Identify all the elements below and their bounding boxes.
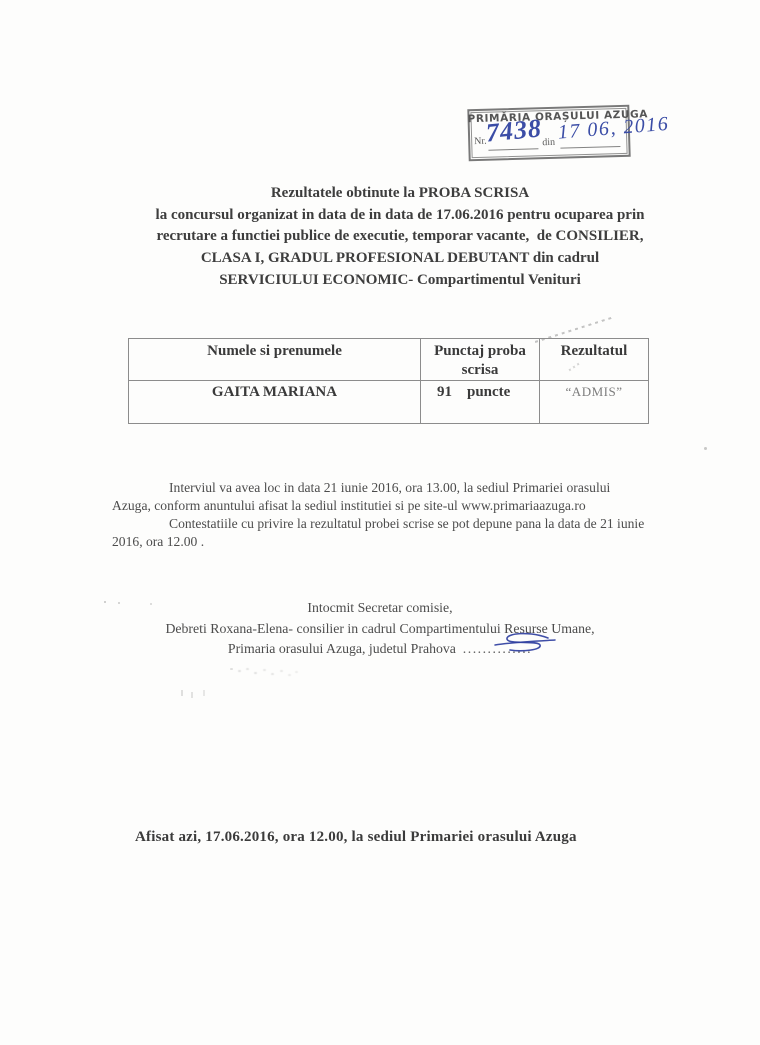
- faint-pencil-ticks: [181, 690, 183, 696]
- paragraph-line: Contestatiile cu privire la rezultatul p…: [112, 515, 692, 533]
- faint-erased-writing: [230, 668, 233, 670]
- signature-name-line: Debreti Roxana-Elena- consilier in cadru…: [90, 619, 670, 640]
- scan-speck-artifact: [704, 447, 707, 450]
- stamp-din-label: din: [542, 137, 555, 148]
- document-title: Rezultatele obtinute la PROBA SCRISA la …: [95, 183, 705, 292]
- table-row: GAITA MARIANA 91 puncte “ADMIS”: [129, 381, 649, 424]
- posting-statement: Afisat azi, 17.06.2016, ora 12.00, la se…: [135, 829, 577, 846]
- paragraph-line: Azuga, conform anuntului afisat la sediu…: [112, 497, 692, 515]
- score-cell: 91 puncte: [421, 381, 540, 424]
- column-header-score: Punctaj proba scrisa: [421, 339, 540, 381]
- handwritten-signature: [492, 629, 558, 659]
- title-line: CLASA I, GRADUL PROFESIONAL DEBUTANT din…: [95, 248, 705, 270]
- title-line: Rezultatele obtinute la PROBA SCRISA: [95, 183, 705, 205]
- candidate-name-cell: GAITA MARIANA: [129, 381, 421, 424]
- column-header-name: Numele si prenumele: [129, 339, 421, 381]
- stamp-handwritten-number: 7438: [485, 113, 544, 148]
- results-table: Numele si prenumele Punctaj proba scrisa…: [128, 338, 649, 424]
- registry-stamp: PRIMĂRIA ORAȘULUI AZUGA Nr. 7438 din 17 …: [467, 105, 630, 162]
- signature-org-line: Primaria orasului Azuga, judetul Prahova…: [90, 639, 670, 660]
- signature-role-line: Intocmit Secretar comisie,: [90, 598, 670, 619]
- title-line: SERVICIULUI ECONOMIC- Compartimentul Ven…: [95, 270, 705, 292]
- paragraph-line: Interviul va avea loc in data 21 iunie 2…: [112, 479, 692, 497]
- body-paragraphs: Interviul va avea loc in data 21 iunie 2…: [112, 479, 692, 551]
- faint-pencil-marks: [104, 601, 106, 603]
- title-line: la concursul organizat in data de in dat…: [95, 205, 705, 227]
- signature-org-text: Primaria orasului Azuga, judetul Prahova: [228, 641, 456, 656]
- result-cell: “ADMIS”: [540, 381, 649, 424]
- stamp-number-label: Nr.: [474, 136, 487, 147]
- table-header-row: Numele si prenumele Punctaj proba scrisa…: [129, 339, 649, 381]
- title-line: recrutare a functiei publice de executie…: [95, 226, 705, 248]
- scanned-document-page: PRIMĂRIA ORAȘULUI AZUGA Nr. 7438 din 17 …: [0, 0, 760, 1045]
- signature-block: Intocmit Secretar comisie, Debreti Roxan…: [90, 598, 670, 660]
- paragraph-line: 2016, ora 12.00 .: [112, 533, 692, 551]
- column-header-result: Rezultatul: [540, 339, 649, 381]
